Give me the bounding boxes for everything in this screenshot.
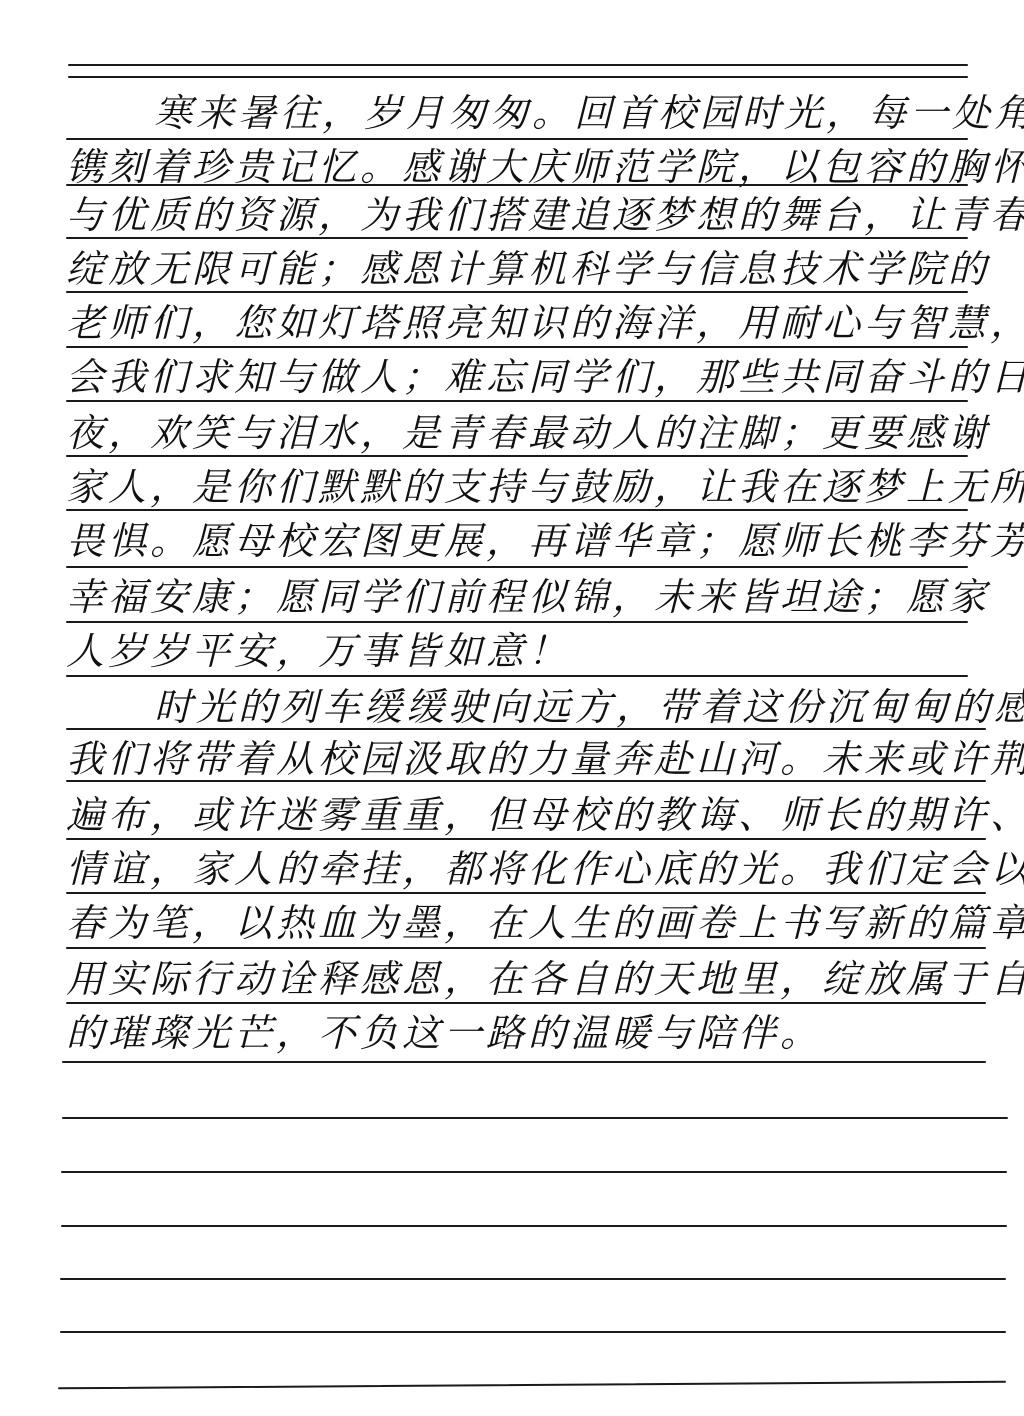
empty-ruled-line	[61, 1171, 1007, 1173]
top-rule-1	[68, 64, 968, 66]
ruled-line	[66, 509, 968, 511]
empty-ruled-line	[60, 1331, 1006, 1333]
text-line: 绽放无限可能；感恩计算机科学与信息技术学院的	[66, 244, 986, 294]
empty-ruled-line	[62, 1117, 1008, 1119]
text-line: 遍布，或许迷雾重重，但母校的教诲、师长的期许、同窗的	[66, 790, 986, 840]
text-line: 会我们求知与做人；难忘同学们，那些共同奋斗的日	[66, 352, 986, 402]
text-line: 幸福安康；愿同学们前程似锦，未来皆坦途；愿家	[66, 572, 986, 622]
ruled-line	[66, 892, 986, 894]
ruled-line	[66, 566, 968, 568]
ruled-line	[66, 780, 986, 782]
handwritten-page: 寒来暑往，岁月匆匆。回首校园时光，每一处角落都 镌刻着珍贵记忆。感谢大庆师范学院…	[0, 0, 1024, 1416]
text-line: 人岁岁平安，万事皆如意！	[66, 626, 986, 676]
text-line: 我们将带着从校园汲取的力量奔赴山河。未来或许荆棘	[66, 734, 986, 784]
ruled-line	[66, 455, 968, 457]
empty-ruled-line	[58, 1381, 1006, 1390]
ruled-line	[66, 346, 968, 348]
text-line: 家人，是你们默默的支持与鼓励，让我在逐梦上无所	[66, 462, 986, 512]
ruled-line	[66, 138, 968, 140]
ruled-line	[66, 621, 968, 623]
ruled-line	[66, 400, 968, 402]
text-line: 春为笔，以热血为墨，在人生的画卷上书写新的篇章。	[66, 898, 986, 948]
ruled-line	[66, 947, 986, 949]
ruled-line	[66, 728, 986, 730]
empty-ruled-line	[61, 1225, 1007, 1227]
text-line: 时光的列车缓缓驶向远方，带着这份沉甸甸的感恩，	[66, 682, 986, 732]
ruled-line	[66, 237, 968, 239]
text-line: 畏惧。愿母校宏图更展，再谱华章；愿师长桃李芬芳，	[66, 516, 986, 566]
text-line: 的璀璨光芒，不负这一路的温暖与陪伴。	[66, 1008, 986, 1058]
text-line: 用实际行动诠释感恩，在各自的天地里，绽放属于自己	[66, 954, 986, 1004]
ruled-line	[66, 1002, 986, 1004]
text-line: 老师们，您如灯塔照亮知识的海洋，用耐心与智慧，教	[66, 298, 986, 348]
top-rule-2	[68, 76, 968, 78]
text-line: 寒来暑往，岁月匆匆。回首校园时光，每一处角落都	[66, 88, 986, 138]
text-line: 与优质的资源，为我们搭建追逐梦想的舞台，让青春	[66, 190, 986, 240]
ruled-line	[66, 291, 968, 293]
empty-ruled-line	[60, 1278, 1006, 1280]
ruled-line	[66, 838, 986, 840]
ruled-line	[66, 675, 968, 677]
text-line: 夜，欢笑与泪水，是青春最动人的注脚；更要感谢	[66, 408, 986, 458]
ruled-line	[62, 1061, 986, 1063]
ruled-line	[66, 184, 968, 186]
text-line: 情谊，家人的牵挂，都将化作心底的光。我们定会以青	[66, 844, 986, 894]
